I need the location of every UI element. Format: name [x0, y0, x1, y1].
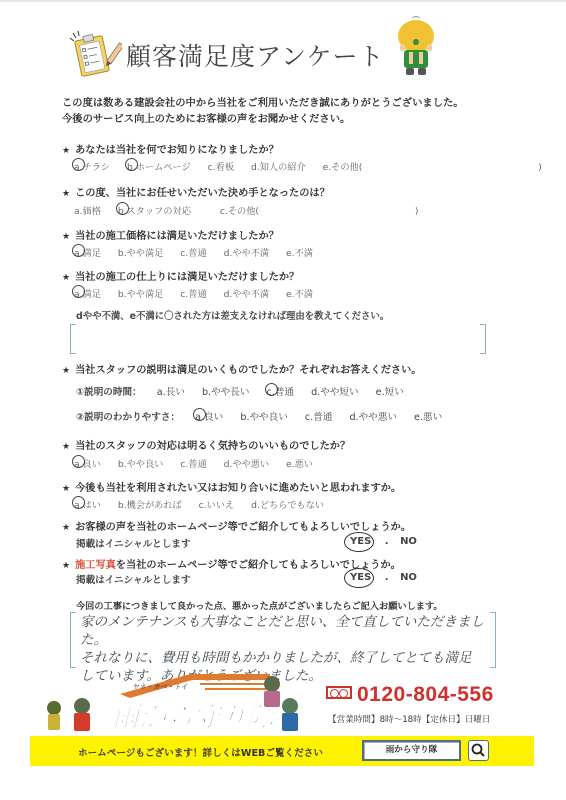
star-icon: ★: [62, 189, 70, 199]
clipboard-icon: [66, 28, 122, 78]
option-normal[interactable]: c.普通: [305, 409, 333, 423]
option-good[interactable]: a.良い: [195, 409, 223, 423]
dissatisfaction-reason-field[interactable]: [70, 324, 486, 354]
options-finish-satisfaction: a.満足 b.やや満足 c.普通 d.やや不満 e.不満: [74, 286, 327, 300]
banner-text: ホームページもございます！詳しくはWEBご覧ください: [78, 745, 323, 759]
paren-close: ): [538, 162, 542, 173]
intro-line-1: この度は数ある建設会社の中から当社をご利用いただき誠にありがとうございました。: [62, 95, 464, 111]
option-somewhat-bad[interactable]: d.やや悪い: [349, 409, 397, 423]
star-icon: ★: [62, 484, 70, 494]
search-icon: [469, 741, 487, 759]
option-satisfied[interactable]: a.満足: [74, 245, 101, 259]
question-staff-attitude: ★当社のスタッフの対応は明るく気持ちのいいものでしたか？: [62, 437, 350, 452]
option-somewhat-long[interactable]: b.やや長い: [202, 384, 250, 398]
option-other[interactable]: e.その他(: [323, 159, 363, 173]
initials-disclaimer: 掲載はイニシャルとします: [76, 536, 191, 550]
option-neither[interactable]: d.どちらでもない: [251, 497, 324, 511]
option-staff-response[interactable]: b.スタッフの対応: [118, 203, 191, 217]
free-dial-icon: [326, 686, 352, 699]
question-recommend: ★今後も当社を利用されたい又はお知り合いに進めたいと思われますか。: [62, 479, 401, 494]
option-good[interactable]: a.良い: [74, 456, 101, 470]
svg-text:雨から守り隊: 雨から守り隊: [112, 702, 278, 733]
yes-option-selected[interactable]: YES: [348, 536, 373, 547]
sub-question-explanation-clarity: ②説明のわかりやすさ： a.良い b.やや良い c.普通 d.やや悪い e.悪い: [76, 409, 456, 423]
option-price[interactable]: a.価格: [74, 203, 101, 217]
option-bad[interactable]: e.悪い: [286, 456, 313, 470]
scan-edge: [0, 0, 566, 2]
options-staff-attitude: a.良い b.やや良い c.普通 d.やや悪い e.悪い: [74, 456, 327, 470]
option-if-opportunity[interactable]: b.機会があれば: [118, 497, 182, 511]
bracket-left: [70, 612, 76, 668]
phone-number[interactable]: 0120-804-556: [326, 683, 494, 707]
option-neutral[interactable]: c.普通: [180, 286, 206, 300]
option-flyer[interactable]: a.チラシ: [74, 159, 110, 173]
option-somewhat-bad[interactable]: d.やや悪い: [224, 456, 270, 470]
option-dissatisfied[interactable]: e.不満: [286, 245, 313, 259]
option-somewhat-good[interactable]: b.やや良い: [240, 409, 288, 423]
dissatisfaction-note: dやや不満、e不満に〇された方は差支えなければ理由を教えてください。: [76, 308, 389, 322]
option-short[interactable]: e.短い: [376, 384, 404, 398]
option-satisfied[interactable]: a.満足: [74, 286, 101, 300]
mascot-bowing-icon: [392, 14, 440, 78]
option-neutral[interactable]: c.普通: [180, 245, 206, 259]
star-icon: ★: [62, 232, 70, 242]
options-price-satisfaction: a.満足 b.やや満足 c.普通 d.やや不満 e.不満: [74, 245, 327, 259]
question-publish-voice: ★お客様の声を当社のホームページ等でご紹介してもよろしいでしょうか。: [62, 518, 411, 533]
question-staff-explanation: ★当社スタッフの説明は満足のいくものでしたか？それぞれお答えください。: [62, 361, 421, 376]
intro-text: この度は数ある建設会社の中から当社をご利用いただき誠にありがとうございました。 …: [62, 95, 464, 127]
option-somewhat-short[interactable]: d.やや短い: [311, 384, 359, 398]
option-normal[interactable]: c.普通: [267, 384, 295, 398]
option-bad[interactable]: e.悪い: [414, 409, 442, 423]
yes-option-selected[interactable]: YES: [348, 572, 373, 583]
star-icon: ★: [62, 146, 70, 156]
search-input[interactable]: 雨から守り隊: [362, 740, 461, 761]
option-somewhat-satisfied[interactable]: b.やや満足: [118, 286, 164, 300]
no-option[interactable]: NO: [400, 536, 417, 547]
star-icon: ★: [62, 442, 70, 452]
page-title: 顧客満足度アンケート: [126, 37, 385, 73]
survey-page: 顧客満足度アンケート この度は数ある建設会社の中から当社をご利用いただき誠にあり…: [0, 0, 566, 800]
option-homepage[interactable]: b.ホームページ: [127, 159, 191, 173]
star-icon: ★: [62, 273, 70, 283]
svg-text:ヤネ・カベ・トイ: ヤネ・カベ・トイ: [132, 683, 188, 691]
publish-photo-answer: YES . NO: [348, 572, 417, 583]
bracket-left: [70, 324, 76, 354]
option-somewhat-dissatisfied[interactable]: d.やや不満: [224, 245, 270, 259]
option-yes[interactable]: a.はい: [74, 497, 101, 511]
question-finish-satisfaction: ★当社の施工の仕上りには満足いただけましたか？: [62, 268, 299, 283]
web-banner: ホームページもございます！詳しくはWEBご覧ください 雨から守り隊: [30, 736, 534, 766]
question-how-found: ★あなたは当社を何でお知りになりましたか？: [62, 141, 279, 156]
question-price-satisfaction: ★当社の施工価格には満足いただけましたか？: [62, 227, 279, 242]
option-normal[interactable]: c.普通: [180, 456, 206, 470]
bracket-right: [480, 324, 486, 354]
option-signboard[interactable]: c.看板: [208, 159, 234, 173]
star-icon: ★: [62, 366, 70, 376]
sub-question-explanation-time: ①説明の時間： a.長い b.やや長い c.普通 d.やや短い e.短い: [76, 384, 418, 398]
option-other[interactable]: c.その他(: [220, 203, 259, 217]
paren-close: ): [415, 206, 419, 217]
business-hours: 【営業時間】8時〜18時【定休日】日曜日: [328, 713, 491, 725]
intro-line-2: 今後のサービス向上のためにお客様の声をお聞かせください。: [62, 111, 464, 127]
star-icon: ★: [62, 561, 70, 571]
star-icon: ★: [62, 523, 70, 533]
options-how-found: a.チラシ b.ホームページ c.看板 d.知人の紹介 e.その他( ): [74, 159, 542, 173]
comments-field[interactable]: 家のメンテナンスも大事なことだと思い、全て直していただきました。 それなりに、費…: [70, 612, 496, 668]
option-long[interactable]: a.長い: [157, 384, 185, 398]
brand-logo: ヤネ・カベ・トイ 雨から守り隊: [40, 672, 310, 734]
question-deciding-factor: ★この度、当社にお任せいただいた決め手となったのは？: [62, 184, 330, 199]
options-recommend: a.はい b.機会があれば c.いいえ d.どちらでもない: [74, 497, 338, 511]
option-no[interactable]: c.いいえ: [199, 497, 235, 511]
option-referral[interactable]: d.知人の紹介: [251, 159, 306, 173]
publish-voice-answer: YES . NO: [348, 536, 417, 547]
search-button[interactable]: [468, 740, 489, 761]
option-somewhat-good[interactable]: b.やや良い: [118, 456, 164, 470]
no-option[interactable]: NO: [400, 572, 417, 583]
initials-disclaimer: 掲載はイニシャルとします: [76, 572, 191, 586]
option-somewhat-dissatisfied[interactable]: d.やや不満: [224, 286, 270, 300]
option-dissatisfied[interactable]: e.不満: [286, 286, 313, 300]
options-deciding-factor: a.価格 b.スタッフの対応 c.その他( ): [74, 203, 418, 217]
bracket-right: [490, 612, 496, 668]
option-somewhat-satisfied[interactable]: b.やや満足: [118, 245, 164, 259]
construction-photo-highlight: 施工写真: [75, 560, 116, 571]
comments-prompt: 今回の工事につきまして良かった点、悪かった点がございましたらご記入お願いします。: [76, 598, 443, 612]
